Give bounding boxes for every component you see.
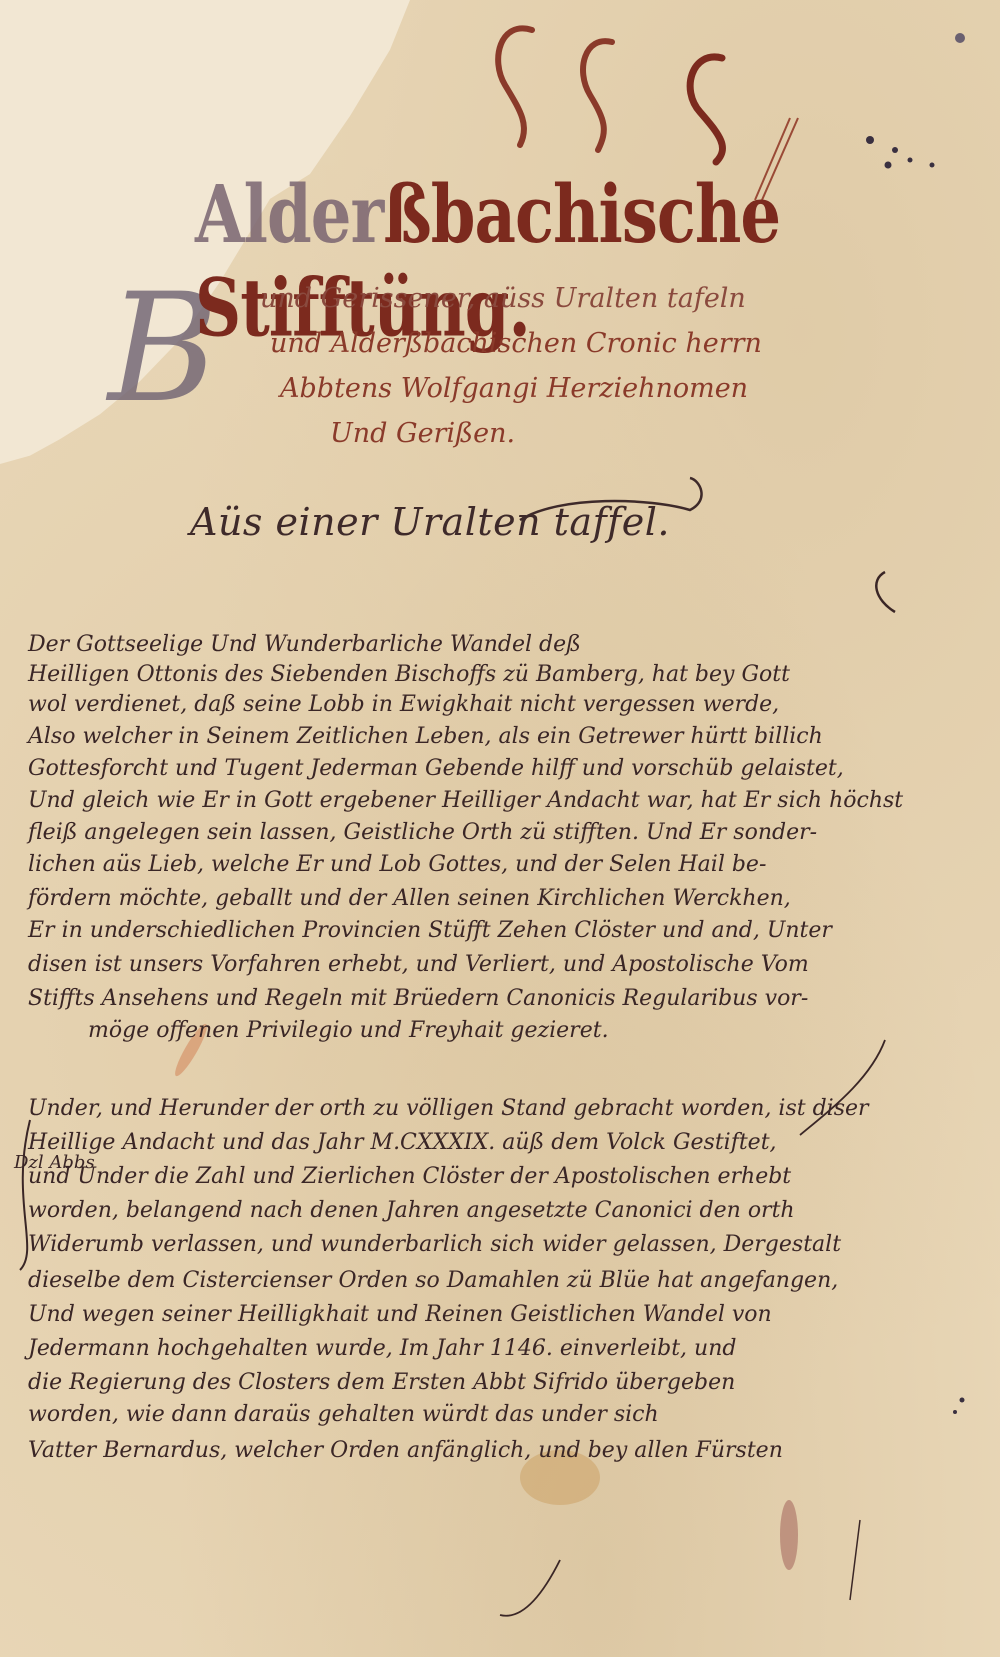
body-line: Der Gottseelige Und Wunderbarliche Wande… — [28, 632, 581, 657]
body-line: disen ist unsers Vorfahren erhebt, und V… — [28, 952, 809, 977]
body-line: und Under die Zahl und Zierlichen Clöste… — [28, 1164, 791, 1189]
body-line: Under, und Herunder der orth zu völligen… — [28, 1096, 869, 1121]
body-line: Heillige Andacht und das Jahr M.CXXXIX. … — [28, 1130, 777, 1155]
body-line: fördern möchte, geballt und der Allen se… — [28, 886, 791, 911]
body-line: Also welcher in Seinem Zeitlichen Leben,… — [28, 724, 823, 749]
margin-note: Dzl Abbs — [14, 1152, 95, 1173]
subtitle-line: Und Gerißen. — [330, 411, 762, 456]
body-line: lichen aüs Lieb, welche Er und Lob Gotte… — [28, 852, 766, 877]
body-line: Jedermann hochgehalten wurde, Im Jahr 11… — [28, 1336, 736, 1361]
body-line: dieselbe dem Cistercienser Orden so Dama… — [28, 1268, 838, 1293]
subtitle-block: und Gerissener, aüss Uralten tafeln und … — [260, 276, 762, 456]
body-line: Und gleich wie Er in Gott ergebener Heil… — [28, 788, 903, 813]
subtitle-line: und Gerissener, aüss Uralten tafeln — [260, 276, 762, 321]
body-line: die Regierung des Closters dem Ersten Ab… — [28, 1370, 735, 1395]
body-line: Stiffts Ansehens und Regeln mit Brüedern… — [28, 986, 808, 1011]
body-line: Gottesforcht und Tugent Jederman Gebende… — [28, 756, 844, 781]
body-line: Heilligen Ottonis des Siebenden Bischoff… — [28, 662, 790, 687]
body-line: worden, belangend nach denen Jahren ange… — [28, 1198, 795, 1223]
body-line: Und wegen seiner Heilligkhait und Reinen… — [28, 1302, 772, 1327]
body-line: worden, wie dann daraüs gehalten würdt d… — [28, 1402, 659, 1427]
ink-stain — [780, 1500, 798, 1570]
section-heading: Aüs einer Uralten taffel. — [190, 500, 670, 544]
body-line: möge offenen Privilegio und Freyhait gez… — [88, 1018, 609, 1043]
manuscript-page: B Alderßbachische Stifftüng. und Gerisse… — [0, 0, 1000, 1657]
body-line: Er in underschiedlichen Provincien Stüff… — [28, 918, 832, 943]
body-line: Vatter Bernardus, welcher Orden anfängli… — [28, 1438, 783, 1463]
body-line: Widerumb verlassen, und wunderbarlich si… — [28, 1232, 841, 1257]
body-line: wol verdienet, daß seine Lobb in Ewigkha… — [28, 692, 779, 717]
subtitle-line: und Alderßbachischen Cronic herrn — [270, 321, 762, 366]
body-line: fleiß angelegen sein lassen, Geistliche … — [28, 820, 817, 845]
title-faded-part: Alder — [195, 168, 383, 262]
subtitle-line: Abbtens Wolfgangi Herziehnomen — [280, 366, 762, 411]
